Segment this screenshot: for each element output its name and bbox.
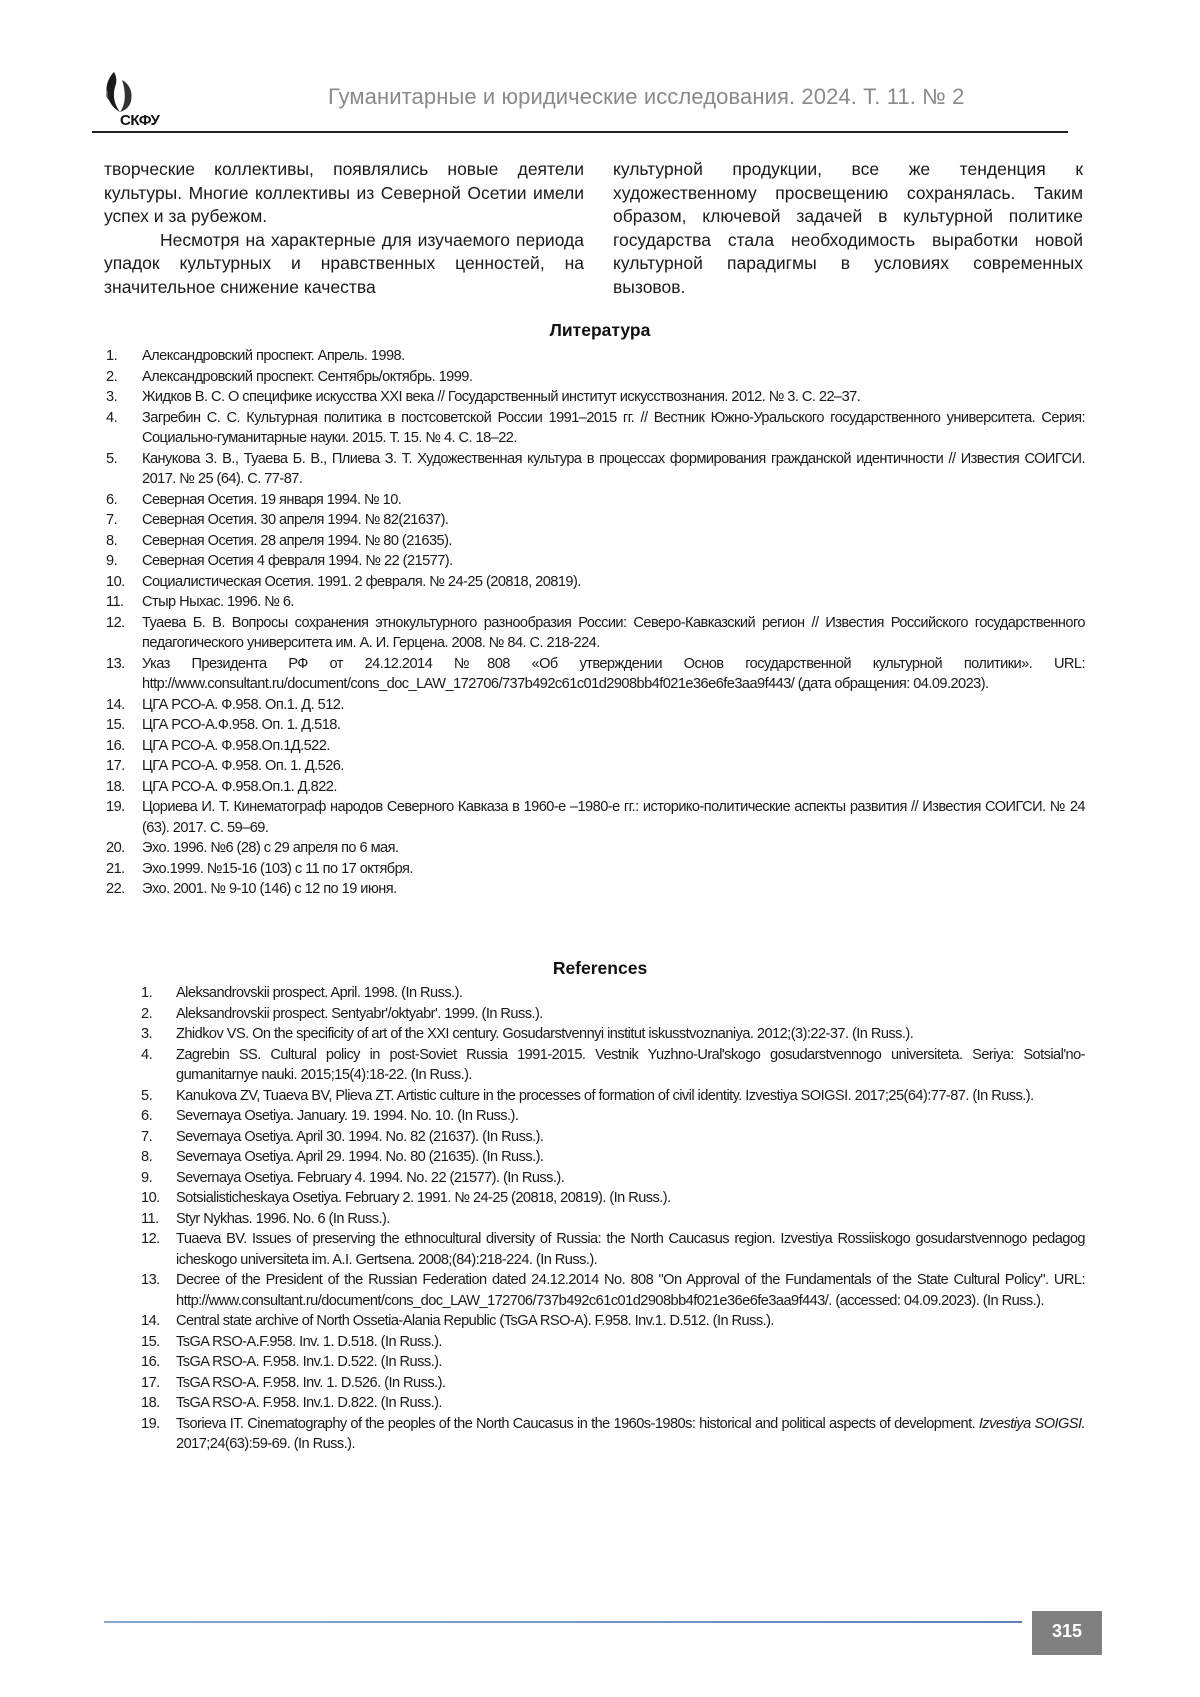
reference-item: 8.Северная Осетия. 28 апреля 1994. № 80 … bbox=[142, 531, 1085, 552]
reference-item: 19.Tsorieva IT. Cinematography of the pe… bbox=[176, 1414, 1085, 1455]
reference-item: 3.Zhidkov VS. On the specificity of art … bbox=[176, 1024, 1085, 1045]
reference-item: 8.Severnaya Osetiya. April 29. 1994. No.… bbox=[176, 1147, 1085, 1168]
reference-number: 2. bbox=[141, 1004, 152, 1025]
reference-text: Александровский проспект. Сентябрь/октяб… bbox=[142, 369, 472, 385]
reference-number: 3. bbox=[106, 387, 117, 408]
reference-text: Styr Nykhas. 1996. No. 6 (In Russ.). bbox=[176, 1211, 390, 1227]
reference-number: 7. bbox=[106, 510, 117, 531]
reference-text: Туаева Б. В. Вопросы сохранения этнокуль… bbox=[142, 615, 1085, 652]
reference-item: 12.Tuaeva BV. Issues of preserving the e… bbox=[176, 1229, 1085, 1270]
reference-text: Социалистическая Осетия. 1991. 2 февраля… bbox=[142, 574, 581, 590]
footer-divider bbox=[104, 1621, 1022, 1623]
reference-text: Central state archive of North Ossetia-A… bbox=[176, 1313, 774, 1329]
reference-item: 22.Эхо. 2001. № 9-10 (146) с 12 по 19 ию… bbox=[142, 879, 1085, 900]
reference-item: 13.Указ Президента РФ от 24.12.2014 №808… bbox=[142, 654, 1085, 695]
literature-heading: Литература bbox=[0, 320, 1200, 341]
reference-text: Kanukova ZV, Tuaeva BV, Plieva ZT. Artis… bbox=[176, 1088, 1034, 1104]
reference-text: Александровский проспект. Апрель. 1998. bbox=[142, 348, 405, 364]
reference-number: 4. bbox=[106, 408, 117, 429]
reference-text: 2017;24(63):59-69. (In Russ.). bbox=[176, 1436, 355, 1452]
reference-text: TsGA RSO-A. F.958. Inv.1. D.522. (In Rus… bbox=[176, 1354, 442, 1370]
reference-number: 2. bbox=[106, 367, 117, 388]
reference-number: 11. bbox=[141, 1209, 159, 1230]
reference-item: 7.Северная Осетия. 30 апреля 1994. № 82(… bbox=[142, 510, 1085, 531]
reference-number: 14. bbox=[141, 1311, 160, 1332]
reference-number: 21. bbox=[106, 859, 125, 880]
reference-text: Эхо. 1996. №6 (28) с 29 апреля по 6 мая. bbox=[142, 840, 399, 856]
reference-text: Северная Осетия. 30 апреля 1994. № 82(21… bbox=[142, 512, 448, 528]
reference-number: 12. bbox=[141, 1229, 160, 1250]
reference-item: 20.Эхо. 1996. №6 (28) с 29 апреля по 6 м… bbox=[142, 838, 1085, 859]
reference-item: 11.Стыр Ныхас. 1996. № 6. bbox=[142, 592, 1085, 613]
reference-text: Severnaya Osetiya. April 30. 1994. No. 8… bbox=[176, 1129, 543, 1145]
reference-number: 18. bbox=[106, 777, 125, 798]
reference-number: 17. bbox=[141, 1373, 160, 1394]
reference-item: 12.Туаева Б. В. Вопросы сохранения этнок… bbox=[142, 613, 1085, 654]
reference-text: Загребин С. С. Культурная политика в пос… bbox=[142, 410, 1085, 447]
reference-item: 14.Central state archive of North Osseti… bbox=[176, 1311, 1085, 1332]
reference-item: 10.Социалистическая Осетия. 1991. 2 февр… bbox=[142, 572, 1085, 593]
reference-number: 19. bbox=[106, 797, 125, 818]
reference-text: Tsorieva IT. Cinematography of the peopl… bbox=[176, 1416, 979, 1432]
reference-item: 17.ЦГА РСО-А. Ф.958. Оп. 1. Д.526. bbox=[142, 756, 1085, 777]
reference-number: 14. bbox=[106, 695, 125, 716]
reference-number: 7. bbox=[141, 1127, 152, 1148]
reference-text: Aleksandrovskii prospect. April. 1998. (… bbox=[176, 985, 462, 1001]
logo-text: СКФУ bbox=[120, 112, 159, 129]
reference-item: 15.TsGA RSO-A.F.958. Inv. 1. D.518. (In … bbox=[176, 1332, 1085, 1353]
reference-number: 3. bbox=[141, 1024, 152, 1045]
reference-number: 17. bbox=[106, 756, 125, 777]
reference-number: 5. bbox=[106, 449, 117, 470]
reference-number: 12. bbox=[106, 613, 125, 634]
reference-number: 8. bbox=[141, 1147, 152, 1168]
reference-item: 9.Северная Осетия 4 февраля 1994. № 22 (… bbox=[142, 551, 1085, 572]
reference-number: 20. bbox=[106, 838, 125, 859]
reference-number: 6. bbox=[141, 1106, 152, 1127]
reference-number: 19. bbox=[141, 1414, 160, 1435]
reference-item: 18.ЦГА РСО-А. Ф.958.Оп.1. Д.822. bbox=[142, 777, 1085, 798]
paragraph: Несмотря на характерные для изучаемого п… bbox=[104, 229, 584, 300]
references-heading: References bbox=[0, 958, 1200, 979]
reference-text: Severnaya Osetiya. January. 19. 1994. No… bbox=[176, 1108, 518, 1124]
reference-text: Указ Президента РФ от 24.12.2014 №808 «О… bbox=[142, 656, 1085, 693]
reference-item: 5.Канукова З. В., Туаева Б. В., Плиева З… bbox=[142, 449, 1085, 490]
reference-number: 5. bbox=[141, 1086, 152, 1107]
reference-text: TsGA RSO-A.F.958. Inv. 1. D.518. (In Rus… bbox=[176, 1334, 442, 1350]
page-header: СКФУ Гуманитарные и юридические исследов… bbox=[92, 64, 1068, 134]
reference-text: Канукова З. В., Туаева Б. В., Плиева З. … bbox=[142, 451, 1085, 488]
reference-text: TsGA RSO-A. F.958. Inv. 1. D.526. (In Ru… bbox=[176, 1375, 445, 1391]
reference-number: 9. bbox=[141, 1168, 152, 1189]
reference-text: Эхо. 2001. № 9-10 (146) с 12 по 19 июня. bbox=[142, 881, 397, 897]
reference-number: 11. bbox=[106, 592, 124, 613]
reference-number: 6. bbox=[106, 490, 117, 511]
reference-item: 9.Severnaya Osetiya. February 4. 1994. N… bbox=[176, 1168, 1085, 1189]
university-logo: СКФУ bbox=[102, 70, 174, 130]
reference-number: 15. bbox=[141, 1332, 160, 1353]
reference-item: 21.Эхо.1999. №15-16 (103) с 11 по 17 окт… bbox=[142, 859, 1085, 880]
reference-text: Цориева И. Т. Кинематограф народов Север… bbox=[142, 799, 1085, 836]
reference-text: ЦГА РСО-А. Ф.958. Оп. 1. Д.526. bbox=[142, 758, 344, 774]
reference-text: Северная Осетия 4 февраля 1994. № 22 (21… bbox=[142, 553, 453, 569]
reference-item: 15.ЦГА РСО-А.Ф.958. Оп. 1. Д.518. bbox=[142, 715, 1085, 736]
reference-number: 16. bbox=[141, 1352, 160, 1373]
reference-number: 22. bbox=[106, 879, 125, 900]
reference-item: 1.Александровский проспект. Апрель. 1998… bbox=[142, 346, 1085, 367]
reference-item: 6.Severnaya Osetiya. January. 19. 1994. … bbox=[176, 1106, 1085, 1127]
reference-item: 18.TsGA RSO-A. F.958. Inv.1. D.822. (In … bbox=[176, 1393, 1085, 1414]
reference-text: Decree of the President of the Russian F… bbox=[176, 1272, 1085, 1309]
reference-text: Северная Осетия. 28 апреля 1994. № 80 (2… bbox=[142, 533, 452, 549]
reference-item: 10.Sotsialisticheskaya Osetiya. February… bbox=[176, 1188, 1085, 1209]
reference-text: Severnaya Osetiya. April 29. 1994. No. 8… bbox=[176, 1149, 543, 1165]
reference-item: 16.TsGA RSO-A. F.958. Inv.1. D.522. (In … bbox=[176, 1352, 1085, 1373]
reference-text: Sotsialisticheskaya Osetiya. February 2.… bbox=[176, 1190, 671, 1206]
reference-item: 13.Decree of the President of the Russia… bbox=[176, 1270, 1085, 1311]
reference-text: Aleksandrovskii prospect. Sentyabr'/okty… bbox=[176, 1006, 543, 1022]
reference-text: Zhidkov VS. On the specificity of art of… bbox=[176, 1026, 913, 1042]
reference-item: 6.Северная Осетия. 19 января 1994. № 10. bbox=[142, 490, 1085, 511]
reference-item: 3.Жидков В. С. О специфике искусства XXI… bbox=[142, 387, 1085, 408]
reference-number: 10. bbox=[106, 572, 125, 593]
page-number: 315 bbox=[1032, 1611, 1102, 1655]
reference-text: Стыр Ныхас. 1996. № 6. bbox=[142, 594, 294, 610]
reference-item: 16.ЦГА РСО-А. Ф.958.Оп.1Д.522. bbox=[142, 736, 1085, 757]
reference-item: 4.Zagrebin SS. Cultural policy in post-S… bbox=[176, 1045, 1085, 1086]
reference-item: 7.Severnaya Osetiya. April 30. 1994. No.… bbox=[176, 1127, 1085, 1148]
references-list: 1.Aleksandrovskii prospect. April. 1998.… bbox=[176, 983, 1085, 1455]
reference-item: 19.Цориева И. Т. Кинематограф народов Се… bbox=[142, 797, 1085, 838]
reference-item: 2.Александровский проспект. Сентябрь/окт… bbox=[142, 367, 1085, 388]
reference-number: 18. bbox=[141, 1393, 160, 1414]
body-column-right: культурной продукции, все же тенденция к… bbox=[613, 158, 1083, 299]
reference-number: 4. bbox=[141, 1045, 152, 1066]
reference-number: 15. bbox=[106, 715, 125, 736]
reference-text: ЦГА РСО-А. Ф.958.Оп.1Д.522. bbox=[142, 738, 330, 754]
body-column-left: творческие коллективы, появлялись новые … bbox=[104, 158, 584, 299]
reference-text: Tuaeva BV. Issues of preserving the ethn… bbox=[176, 1231, 1085, 1268]
reference-number: 1. bbox=[141, 983, 152, 1004]
reference-number: 8. bbox=[106, 531, 117, 552]
header-divider bbox=[92, 131, 1068, 133]
wing-logo-icon bbox=[102, 70, 142, 114]
reference-item: 4.Загребин С. С. Культурная политика в п… bbox=[142, 408, 1085, 449]
paragraph: культурной продукции, все же тенденция к… bbox=[613, 158, 1083, 299]
reference-number: 9. bbox=[106, 551, 117, 572]
reference-text: ЦГА РСО-А.Ф.958. Оп. 1. Д.518. bbox=[142, 717, 340, 733]
reference-item: 1.Aleksandrovskii prospect. April. 1998.… bbox=[176, 983, 1085, 1004]
reference-number: 13. bbox=[106, 654, 125, 675]
reference-item: 5.Kanukova ZV, Tuaeva BV, Plieva ZT. Art… bbox=[176, 1086, 1085, 1107]
reference-text: TsGA RSO-A. F.958. Inv.1. D.822. (In Rus… bbox=[176, 1395, 442, 1411]
reference-journal-italic: Izvestiya SOIGSI. bbox=[979, 1416, 1085, 1432]
reference-number: 13. bbox=[141, 1270, 160, 1291]
reference-number: 1. bbox=[106, 346, 117, 367]
reference-text: ЦГА РСО-А. Ф.958.Оп.1. Д.822. bbox=[142, 779, 337, 795]
reference-item: 11.Styr Nykhas. 1996. No. 6 (In Russ.). bbox=[176, 1209, 1085, 1230]
reference-text: Zagrebin SS. Cultural policy in post-Sov… bbox=[176, 1047, 1085, 1084]
reference-item: 2.Aleksandrovskii prospect. Sentyabr'/ok… bbox=[176, 1004, 1085, 1025]
reference-item: 17.TsGA RSO-A. F.958. Inv. 1. D.526. (In… bbox=[176, 1373, 1085, 1394]
reference-number: 10. bbox=[141, 1188, 160, 1209]
reference-text: Северная Осетия. 19 января 1994. № 10. bbox=[142, 492, 401, 508]
reference-number: 16. bbox=[106, 736, 125, 757]
paragraph: творческие коллективы, появлялись новые … bbox=[104, 158, 584, 229]
reference-text: ЦГА РСО-А. Ф.958. Оп.1. Д. 512. bbox=[142, 697, 344, 713]
reference-text: Жидков В. С. О специфике искусства XXI в… bbox=[142, 389, 860, 405]
journal-title: Гуманитарные и юридические исследования.… bbox=[328, 84, 964, 110]
reference-item: 14.ЦГА РСО-А. Ф.958. Оп.1. Д. 512. bbox=[142, 695, 1085, 716]
literature-list: 1.Александровский проспект. Апрель. 1998… bbox=[142, 346, 1085, 900]
reference-text: Severnaya Osetiya. February 4. 1994. No.… bbox=[176, 1170, 564, 1186]
reference-text: Эхо.1999. №15-16 (103) с 11 по 17 октябр… bbox=[142, 861, 413, 877]
